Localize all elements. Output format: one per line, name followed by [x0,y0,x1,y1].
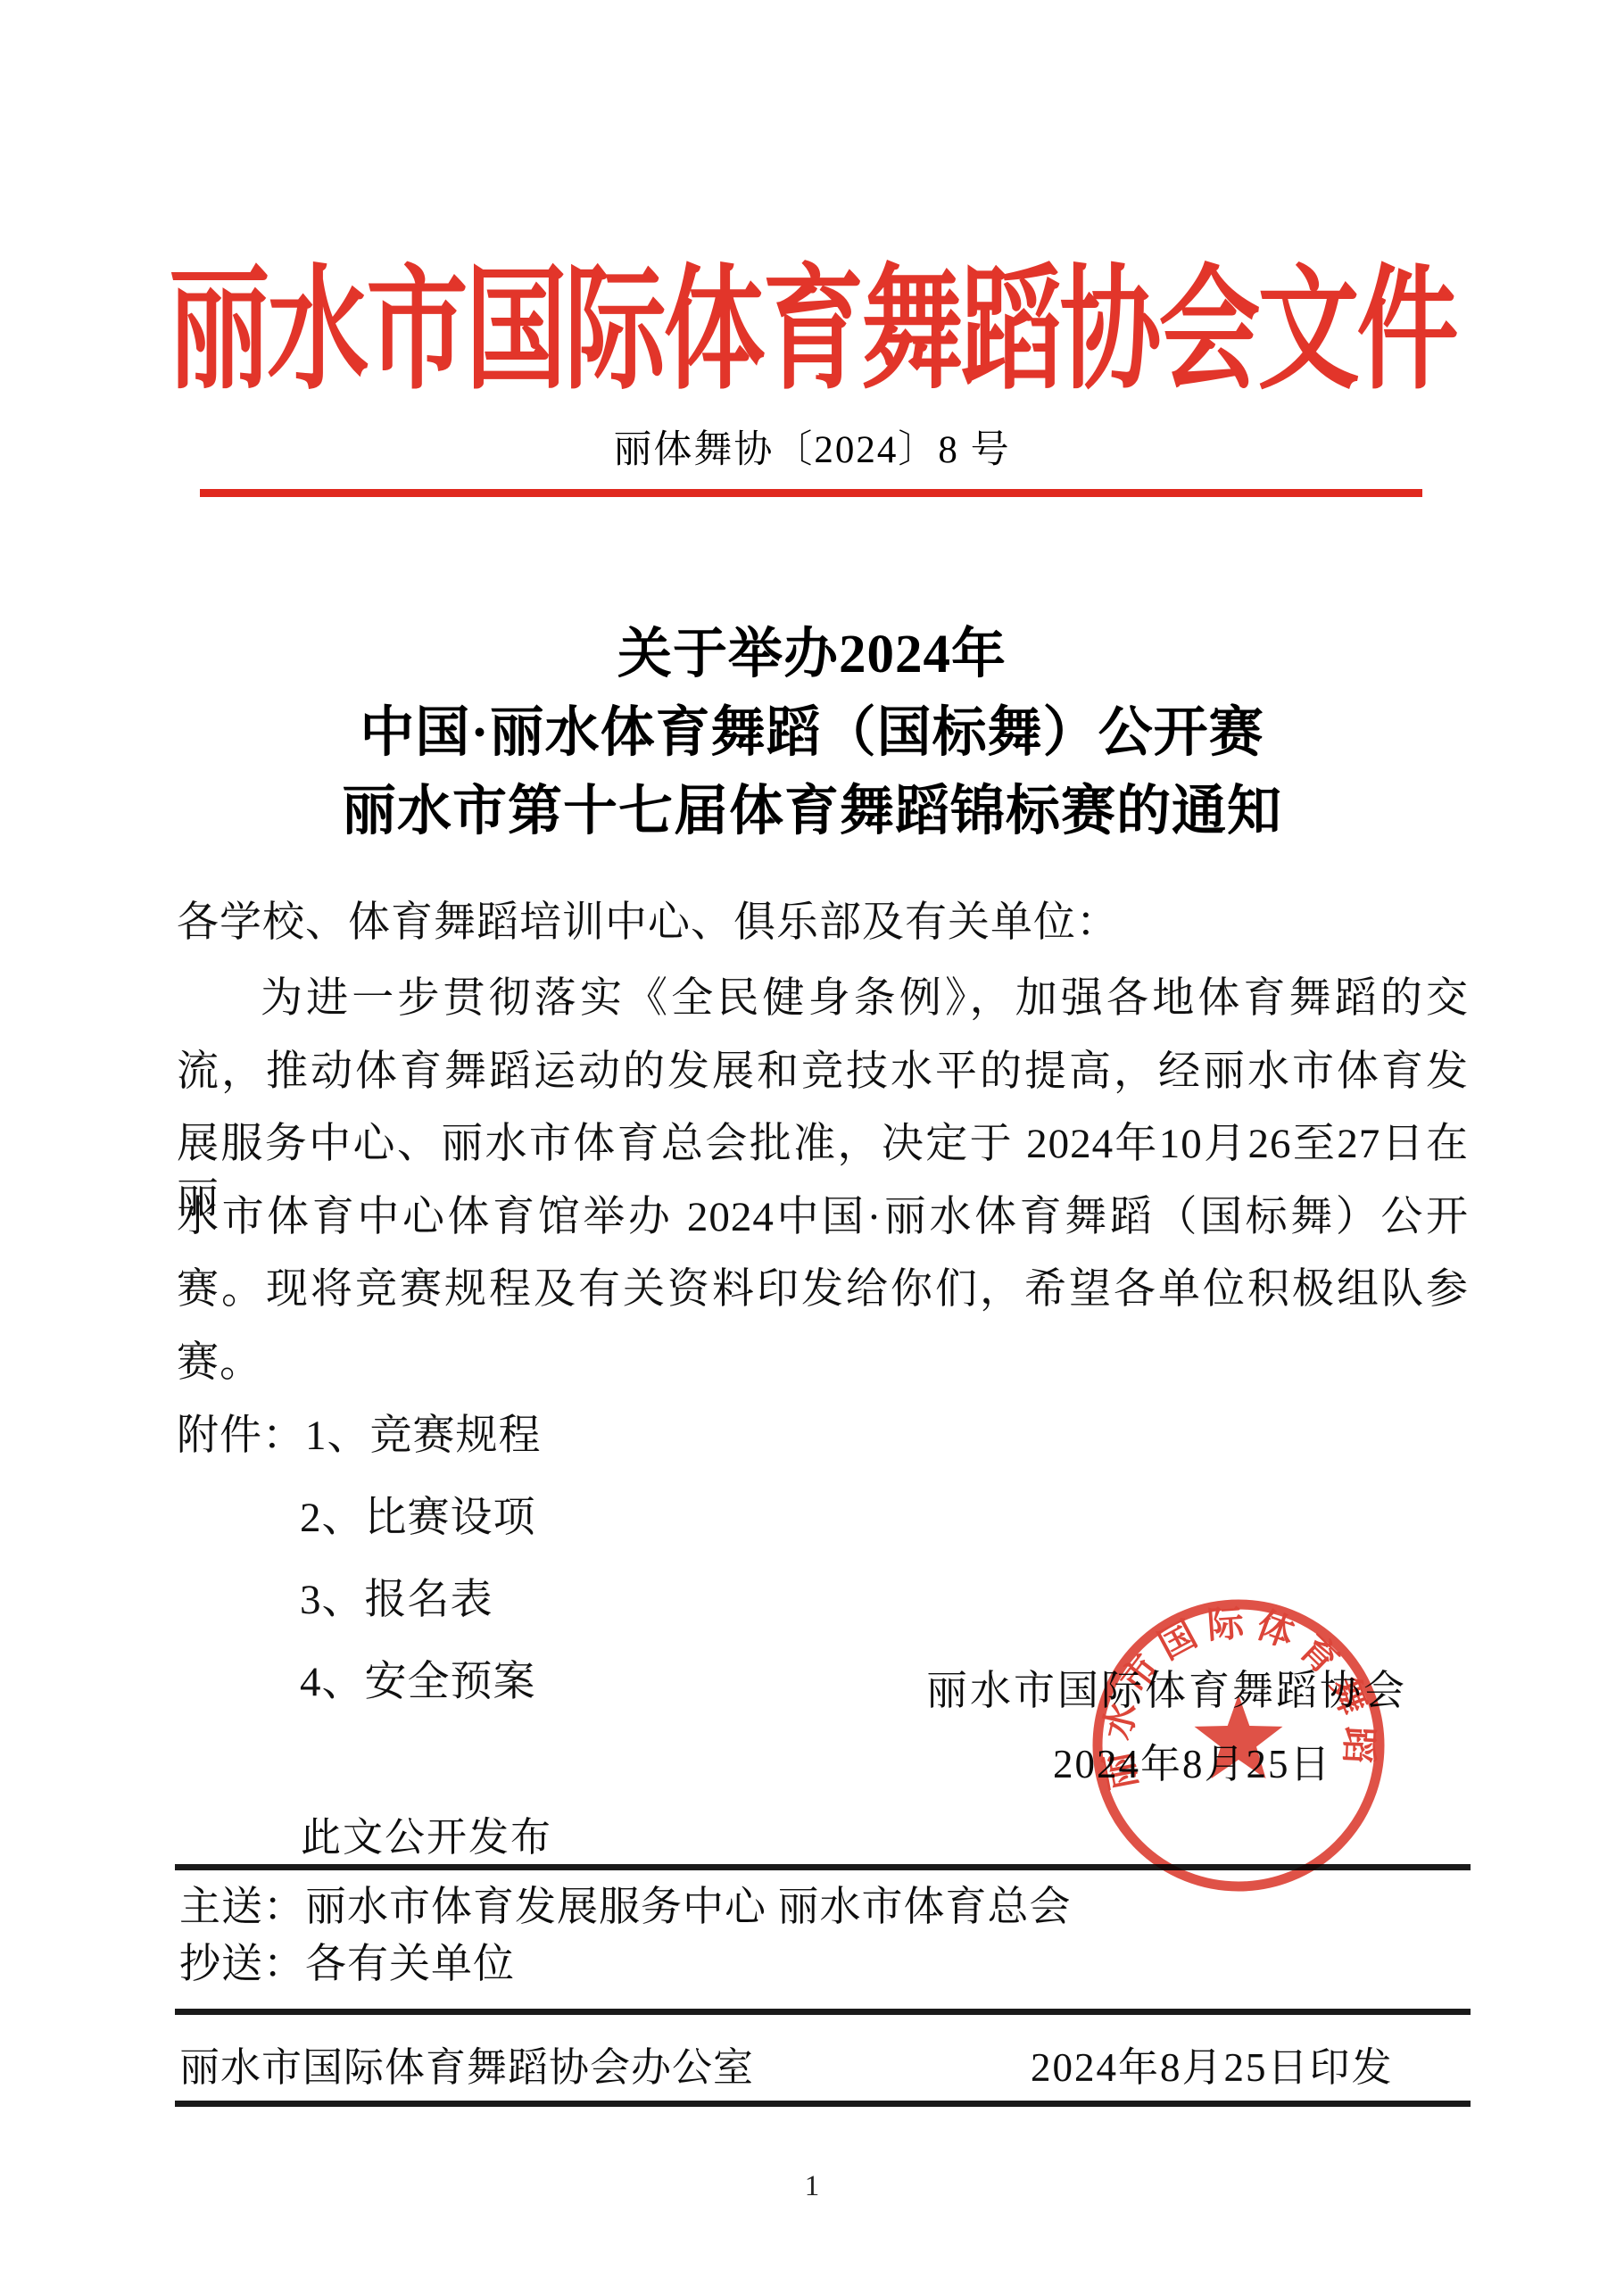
attachments-row: 附件：1、竞赛规程 [177,1407,1469,1489]
main-recipients: 主送：丽水市体育发展服务中心 丽水市体育总会 [179,1874,1072,1933]
signature-org: 丽水市国际体育舞蹈协会 [926,1658,1407,1717]
body-line: 为进一步贯彻落实《全民健身条例》，加强各地体育舞蹈的交 [177,971,1469,1044]
body-line: 赛。现将竞赛规程及有关资料印发给你们，希望各单位积极组队参 [177,1262,1469,1335]
publish-note: 此文公开发布 [301,1804,552,1862]
body-line: 赛。 [177,1335,1469,1408]
attachment-item: 3、报名表 [177,1571,1469,1654]
doc-number: 丽体舞协〔2024〕8 号 [0,430,1624,471]
notice-title: 关于举办2024年 中国·丽水体育舞蹈（国标舞）公开赛 丽水市第十七届体育舞蹈锦… [0,616,1624,851]
document-page: 丽水市国际体育舞蹈协会文件 丽体舞协〔2024〕8 号 关于举办2024年 中国… [0,0,1624,2296]
letterhead-org-title: 丽水市国际体育舞蹈协会文件 [0,264,1624,398]
signature-date: 2024年8月25日 [1053,1731,1332,1789]
copy-recipients: 抄送：各有关单位 [179,1931,515,1990]
body-line: 流，推动体育舞蹈运动的发展和竞技水平的提高，经丽水市体育发 [177,1044,1469,1117]
body-line: 水市体育中心体育馆举办 2024中国·丽水体育舞蹈（国标舞）公开 [177,1189,1469,1263]
divider-line [175,2101,1471,2107]
notice-title-line-1: 关于举办2024年 [0,616,1624,694]
red-divider [200,489,1422,497]
divider-line [175,1864,1471,1870]
notice-title-line-2: 中国·丽水体育舞蹈（国标舞）公开赛 [0,694,1624,773]
attachments-label: 附件： [177,1413,305,1459]
body-text: 各学校、体育舞蹈培训中心、俱乐部及有关单位： 为进一步贯彻落实《全民健身条例》，… [177,895,1469,1736]
attachment-item: 1、竞赛规程 [305,1413,542,1459]
print-date: 2024年8月25日印发 [1031,2035,1394,2093]
divider-line [175,2009,1471,2015]
body-line: 展服务中心、丽水市体育总会批准，决定于 2024年10月26至27日在丽 [177,1116,1469,1189]
attachment-item: 2、比赛设项 [177,1489,1469,1571]
notice-title-line-3: 丽水市第十七届体育舞蹈锦标赛的通知 [0,773,1624,851]
page-number: 1 [0,2170,1624,2203]
issuing-office: 丽水市国际体育舞蹈协会办公室 [179,2035,754,2093]
salutation: 各学校、体育舞蹈培训中心、俱乐部及有关单位： [177,895,1469,971]
